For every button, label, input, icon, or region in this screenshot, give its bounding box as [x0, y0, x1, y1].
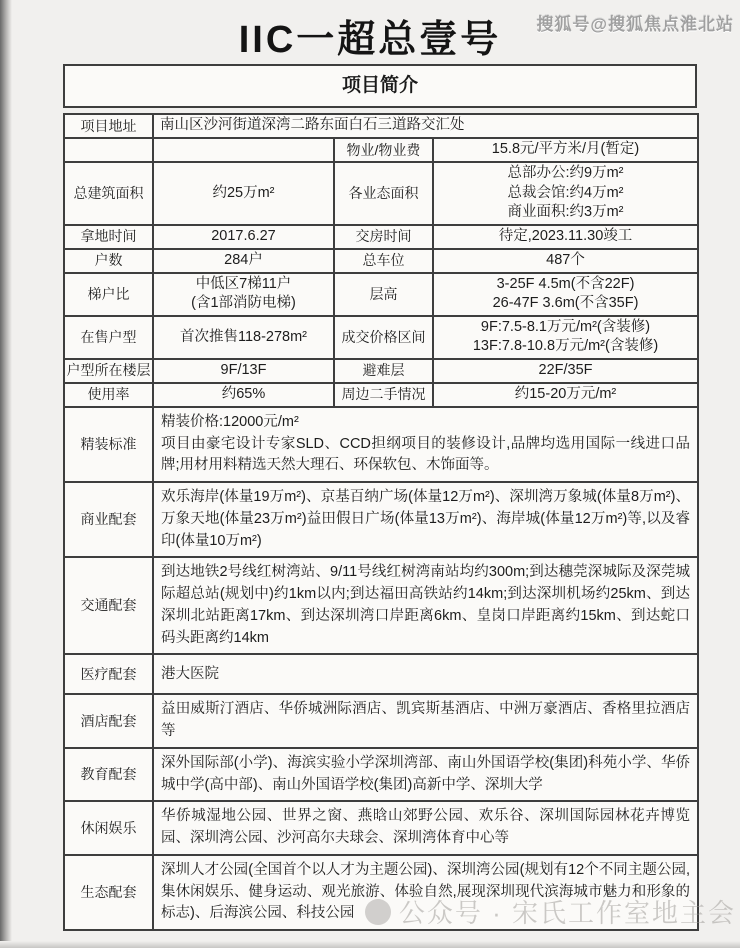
row-value: 首次推售118-278m²: [153, 316, 334, 359]
row-value: 15.8元/平方米/月(暂定): [433, 138, 698, 162]
document: 项目简介 项目地址 南山区沙河街道深湾二路东面白石三道路交汇处 物业/物业费 1…: [63, 64, 697, 931]
project-info-table: 项目地址 南山区沙河街道深湾二路东面白石三道路交汇处 物业/物业费 15.8元/…: [63, 113, 699, 931]
row-label: [64, 138, 153, 162]
row-leisure: 休闲娱乐 华侨城湿地公园、世界之窗、燕晗山郊野公园、欢乐谷、深圳国际园林花卉博览…: [64, 801, 698, 855]
row-medical: 医疗配套 港大医院: [64, 654, 698, 694]
row-value: 约25万m²: [153, 162, 334, 225]
page-bottom-shadow: [0, 941, 740, 948]
row-label: 梯户比: [64, 273, 153, 316]
row-education: 教育配套 深外国际部(小学)、海滨实验小学深圳湾部、南山外国语学校(集团)科苑小…: [64, 748, 698, 802]
row-label: 层高: [334, 273, 433, 316]
row-value: [153, 138, 334, 162]
row-label: 商业配套: [64, 482, 153, 557]
row-label: 成交价格区间: [334, 316, 433, 359]
row-unit-floors: 户型所在楼层 9F/13F 避难层 22F/35F: [64, 359, 698, 383]
row-label: 物业/物业费: [334, 138, 433, 162]
row-usage-rate: 使用率 约65% 周边二手情况 约15-20万元/m²: [64, 383, 698, 407]
row-label: 各业态面积: [334, 162, 433, 225]
row-value: 精装价格:12000元/m² 项目由豪宅设计专家SLD、CCD担纲项目的装修设计…: [153, 407, 698, 482]
row-value: 待定,2023.11.30竣工: [433, 225, 698, 249]
row-label: 总车位: [334, 249, 433, 273]
row-label: 酒店配套: [64, 694, 153, 748]
row-value: 欢乐海岸(体量19万m²)、京基百纳广场(体量12万m²)、深圳湾万象城(体量8…: [153, 482, 698, 557]
row-label: 交通配套: [64, 557, 153, 654]
row-value: 487个: [433, 249, 698, 273]
row-land-date: 拿地时间 2017.6.27 交房时间 待定,2023.11.30竣工: [64, 225, 698, 249]
row-households: 户数 284户 总车位 487个: [64, 249, 698, 273]
row-value: 港大医院: [153, 654, 698, 694]
row-traffic: 交通配套 到达地铁2号线红树湾站、9/11号线红树湾南站均约300m;到达穗莞深…: [64, 557, 698, 654]
row-business: 商业配套 欢乐海岸(体量19万m²)、京基百纳广场(体量12万m²)、深圳湾万象…: [64, 482, 698, 557]
row-value: 22F/35F: [433, 359, 698, 383]
row-gfa: 总建筑面积 约25万m² 各业态面积 总部办公:约9万m² 总裁会馆:约4万m²…: [64, 162, 698, 225]
row-label: 总建筑面积: [64, 162, 153, 225]
page: 搜狐号@搜狐焦点淮北站 IIC一超总壹号 项目简介 项目地址 南山区沙河街道深湾…: [0, 0, 740, 948]
row-value: 284户: [153, 249, 334, 273]
row-hotel: 酒店配套 益田威斯汀酒店、华侨城洲际酒店、凯宾斯基酒店、中洲万豪酒店、香格里拉酒…: [64, 694, 698, 748]
row-decoration: 精装标准 精装价格:12000元/m² 项目由豪宅设计专家SLD、CCD担纲项目…: [64, 407, 698, 482]
watermark-logo-icon: [365, 899, 391, 925]
row-value: 9F:7.5-8.1万元/m²(含装修) 13F:7.8-10.8万元/m²(含…: [433, 316, 698, 359]
page-left-shadow: [0, 0, 12, 948]
row-label: 交房时间: [334, 225, 433, 249]
row-value: 总部办公:约9万m² 总裁会馆:约4万m² 商业面积:约3万m²: [433, 162, 698, 225]
row-label: 户型所在楼层: [64, 359, 153, 383]
row-value: 深外国际部(小学)、海滨实验小学深圳湾部、南山外国语学校(集团)科苑小学、华侨城…: [153, 748, 698, 802]
row-label: 教育配套: [64, 748, 153, 802]
watermark-bottom-text: 公众号 · 宋氏工作室地主会: [399, 893, 736, 930]
row-value: 约65%: [153, 383, 334, 407]
row-value: 2017.6.27: [153, 225, 334, 249]
row-label: 使用率: [64, 383, 153, 407]
row-label: 周边二手情况: [334, 383, 433, 407]
row-value: 到达地铁2号线红树湾站、9/11号线红树湾南站均约300m;到达穗莞深城际及深莞…: [153, 557, 698, 654]
row-elevator-ratio: 梯户比 中低区7梯11户 (含1部消防电梯) 层高 3-25F 4.5m(不含2…: [64, 273, 698, 316]
row-value: 9F/13F: [153, 359, 334, 383]
row-value: 南山区沙河街道深湾二路东面白石三道路交汇处: [153, 114, 698, 138]
row-label: 在售户型: [64, 316, 153, 359]
page-title: IIC一超总壹号: [0, 8, 740, 63]
row-label: 精装标准: [64, 407, 153, 482]
row-label: 生态配套: [64, 855, 153, 930]
row-label: 户数: [64, 249, 153, 273]
table-title: 项目简介: [63, 64, 697, 108]
row-label: 拿地时间: [64, 225, 153, 249]
row-label: 医疗配套: [64, 654, 153, 694]
row-on-sale: 在售户型 首次推售118-278m² 成交价格区间 9F:7.5-8.1万元/m…: [64, 316, 698, 359]
row-address: 项目地址 南山区沙河街道深湾二路东面白石三道路交汇处: [64, 114, 698, 138]
row-label: 休闲娱乐: [64, 801, 153, 855]
row-value: 益田威斯汀酒店、华侨城洲际酒店、凯宾斯基酒店、中洲万豪酒店、香格里拉酒店等: [153, 694, 698, 748]
row-value: 约15-20万元/m²: [433, 383, 698, 407]
watermark-bottom: 公众号 · 宋氏工作室地主会: [365, 893, 736, 930]
row-value: 3-25F 4.5m(不含22F) 26-47F 3.6m(不含35F): [433, 273, 698, 316]
row-value: 中低区7梯11户 (含1部消防电梯): [153, 273, 334, 316]
row-label: 避难层: [334, 359, 433, 383]
row-label: 项目地址: [64, 114, 153, 138]
row-value: 华侨城湿地公园、世界之窗、燕晗山郊野公园、欢乐谷、深圳国际园林花卉博览园、深圳湾…: [153, 801, 698, 855]
row-property-fee: 物业/物业费 15.8元/平方米/月(暂定): [64, 138, 698, 162]
